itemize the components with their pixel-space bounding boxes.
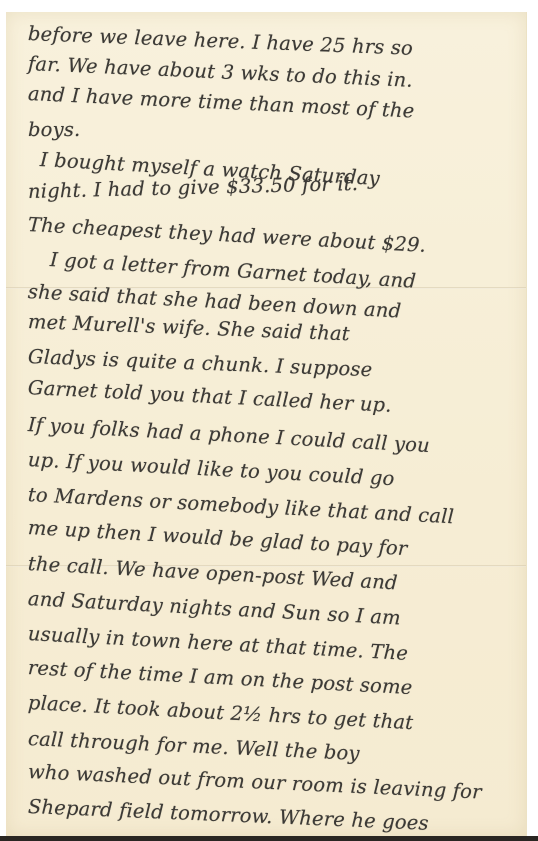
scan-edge: [0, 836, 538, 841]
letter-line: boys.: [28, 118, 80, 141]
